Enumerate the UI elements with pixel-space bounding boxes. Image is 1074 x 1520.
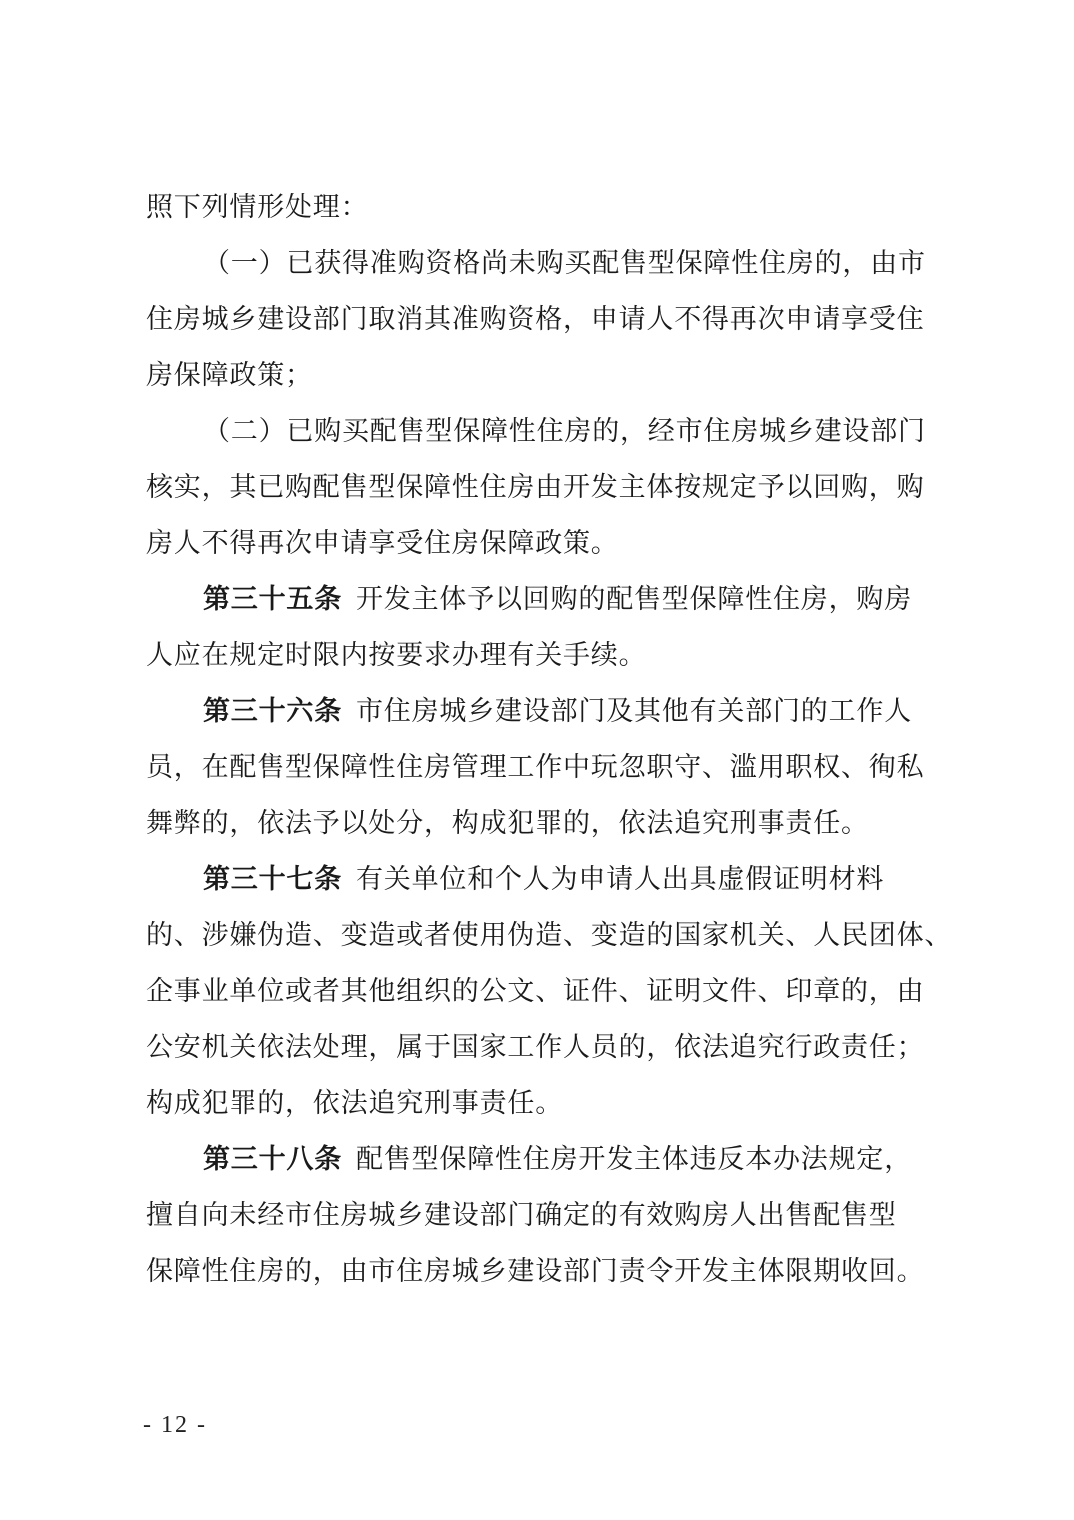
line-text: （二）已购买配售型保障性住房的，经市住房城乡建设部门 — [203, 416, 926, 447]
line-text: 人应在规定时限内按要求办理有关手续。 — [146, 640, 646, 671]
line-text: 住房城乡建设部门取消其准购资格，申请人不得再次申请享受住 — [146, 304, 924, 335]
text-line: 住房城乡建设部门取消其准购资格，申请人不得再次申请享受住 — [146, 292, 942, 348]
line-text: 企事业单位或者其他组织的公文、证件、证明文件、印章的，由 — [146, 976, 924, 1007]
text-line: 第三十五条开发主体予以回购的配售型保障性住房，购房 — [146, 572, 942, 628]
line-text: 有关单位和个人为申请人出具虚假证明材料 — [356, 864, 884, 895]
line-text: 保障性住房的，由市住房城乡建设部门责令开发主体限期收回。 — [146, 1256, 924, 1287]
line-text: 的、涉嫌伪造、变造或者使用伪造、变造的国家机关、人民团体、 — [146, 920, 952, 951]
line-text: 构成犯罪的，依法追究刑事责任。 — [146, 1088, 563, 1119]
text-line: 照下列情形处理： — [146, 180, 942, 236]
text-line: 第三十八条配售型保障性住房开发主体违反本办法规定， — [146, 1132, 942, 1188]
line-text: （一）已获得准购资格尚未购买配售型保障性住房的，由市 — [203, 248, 926, 279]
text-line: 核实，其已购配售型保障性住房由开发主体按规定予以回购，购 — [146, 460, 942, 516]
line-text: 舞弊的，依法予以处分，构成犯罪的，依法追究刑事责任。 — [146, 808, 869, 839]
line-text: 公安机关依法处理，属于国家工作人员的，依法追究行政责任； — [146, 1032, 924, 1063]
text-line: 第三十七条有关单位和个人为申请人出具虚假证明材料 — [146, 852, 942, 908]
line-text: 照下列情形处理： — [146, 192, 368, 223]
text-line: 的、涉嫌伪造、变造或者使用伪造、变造的国家机关、人民团体、 — [146, 908, 942, 964]
text-line: 公安机关依法处理，属于国家工作人员的，依法追究行政责任； — [146, 1020, 942, 1076]
article-number: 第三十八条 — [203, 1144, 342, 1175]
line-text: 市住房城乡建设部门及其他有关部门的工作人 — [356, 696, 912, 727]
article-number: 第三十七条 — [203, 864, 342, 895]
line-text: 房保障政策； — [146, 360, 313, 391]
text-line: （二）已购买配售型保障性住房的，经市住房城乡建设部门 — [146, 404, 942, 460]
text-line: 保障性住房的，由市住房城乡建设部门责令开发主体限期收回。 — [146, 1244, 942, 1300]
text-line: 舞弊的，依法予以处分，构成犯罪的，依法追究刑事责任。 — [146, 796, 942, 852]
line-text: 核实，其已购配售型保障性住房由开发主体按规定予以回购，购 — [146, 472, 924, 503]
text-line: 房人不得再次申请享受住房保障政策。 — [146, 516, 942, 572]
line-text: 房人不得再次申请享受住房保障政策。 — [146, 528, 619, 559]
text-line: 房保障政策； — [146, 348, 942, 404]
line-text: 擅自向未经市住房城乡建设部门确定的有效购房人出售配售型 — [146, 1200, 897, 1231]
article-number: 第三十六条 — [203, 696, 342, 727]
text-line: 企事业单位或者其他组织的公文、证件、证明文件、印章的，由 — [146, 964, 942, 1020]
article-number: 第三十五条 — [203, 584, 342, 615]
document-body: 照下列情形处理： （一）已获得准购资格尚未购买配售型保障性住房的，由市 住房城乡… — [146, 180, 942, 1300]
line-text: 员，在配售型保障性住房管理工作中玩忽职守、滥用职权、徇私 — [146, 752, 924, 783]
text-line: 构成犯罪的，依法追究刑事责任。 — [146, 1076, 942, 1132]
line-text: 开发主体予以回购的配售型保障性住房，购房 — [356, 584, 912, 615]
page-number: - 12 - — [143, 1412, 207, 1439]
text-line: 擅自向未经市住房城乡建设部门确定的有效购房人出售配售型 — [146, 1188, 942, 1244]
text-line: 第三十六条市住房城乡建设部门及其他有关部门的工作人 — [146, 684, 942, 740]
text-line: 人应在规定时限内按要求办理有关手续。 — [146, 628, 942, 684]
line-text: 配售型保障性住房开发主体违反本办法规定， — [356, 1144, 912, 1175]
text-line: （一）已获得准购资格尚未购买配售型保障性住房的，由市 — [146, 236, 942, 292]
text-line: 员，在配售型保障性住房管理工作中玩忽职守、滥用职权、徇私 — [146, 740, 942, 796]
